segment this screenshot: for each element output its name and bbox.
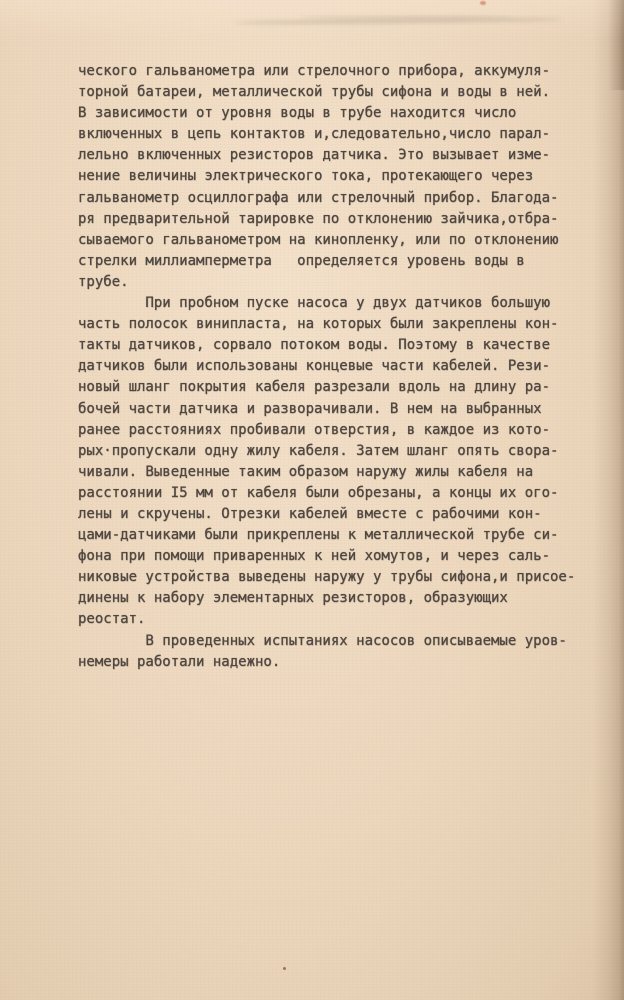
text-line: фона при помощи приваренных к ней хомуто… xyxy=(78,546,588,567)
text-line: нение величины электрического тока, прот… xyxy=(78,166,588,187)
text-line: лельно включенных резисторов датчика. Эт… xyxy=(78,145,588,166)
text-line: цами-датчиками были прикреплены к металл… xyxy=(78,525,588,546)
text-line: чивали. Выведенные таким образом наружу … xyxy=(78,462,588,483)
text-line: стрелки миллиамперметра определяется уро… xyxy=(78,251,588,272)
text-line: новый шланг покрытия кабеля разрезали вд… xyxy=(78,377,588,398)
text-line: включенных в цепь контактов и,следовател… xyxy=(78,124,588,145)
text-line: ранее расстояниях пробивали отверстия, в… xyxy=(78,420,588,441)
text-line: гальванометр осциллографа или стрелочный… xyxy=(78,188,588,209)
text-line: бочей части датчика и разворачивали. В н… xyxy=(78,399,588,420)
text-line: расстоянии I5 мм от кабеля были обрезаны… xyxy=(78,483,588,504)
scanned-page: ческого гальванометра или стрелочного пр… xyxy=(0,0,624,1000)
text-line: лены и скручены. Отрезки кабелей вместе … xyxy=(78,504,588,525)
text-line: ря предварительной тарировке по отклонен… xyxy=(78,209,588,230)
text-line: торной батареи, металлической трубы сифо… xyxy=(78,82,588,103)
typewritten-text: ческого гальванометра или стрелочного пр… xyxy=(78,61,588,673)
text-line: датчиков были использованы концевые част… xyxy=(78,356,588,377)
text-line: такты датчиков, сорвало потоком воды. По… xyxy=(78,335,588,356)
text-line: немеры работали надежно. xyxy=(78,652,588,673)
text-line: В проведенных испытаниях насосов описыва… xyxy=(78,631,588,652)
ink-speck xyxy=(480,1,486,5)
text-line: При пробном пуске насоса у двух датчиков… xyxy=(78,293,588,314)
text-line: сываемого гальванометром на кинопленку, … xyxy=(78,230,588,251)
text-line: часть полосок винипласта, на которых был… xyxy=(78,314,588,335)
smudge-mark xyxy=(233,17,563,24)
text-line: ческого гальванометра или стрелочного пр… xyxy=(78,61,588,82)
text-line: рых·пропускали одну жилу кабеля. Затем ш… xyxy=(78,441,588,462)
text-line: трубе. xyxy=(78,272,588,293)
text-line: В зависимости от уровня воды в трубе нах… xyxy=(78,103,588,124)
page-edge-shadow xyxy=(608,0,624,90)
smudge-mark xyxy=(300,16,510,18)
ink-speck xyxy=(283,967,286,970)
text-line: никовые устройства выведены наружу у тру… xyxy=(78,567,588,588)
text-line: динены к набору элементарных резисторов,… xyxy=(78,588,588,609)
text-line: реостат. xyxy=(78,609,588,630)
